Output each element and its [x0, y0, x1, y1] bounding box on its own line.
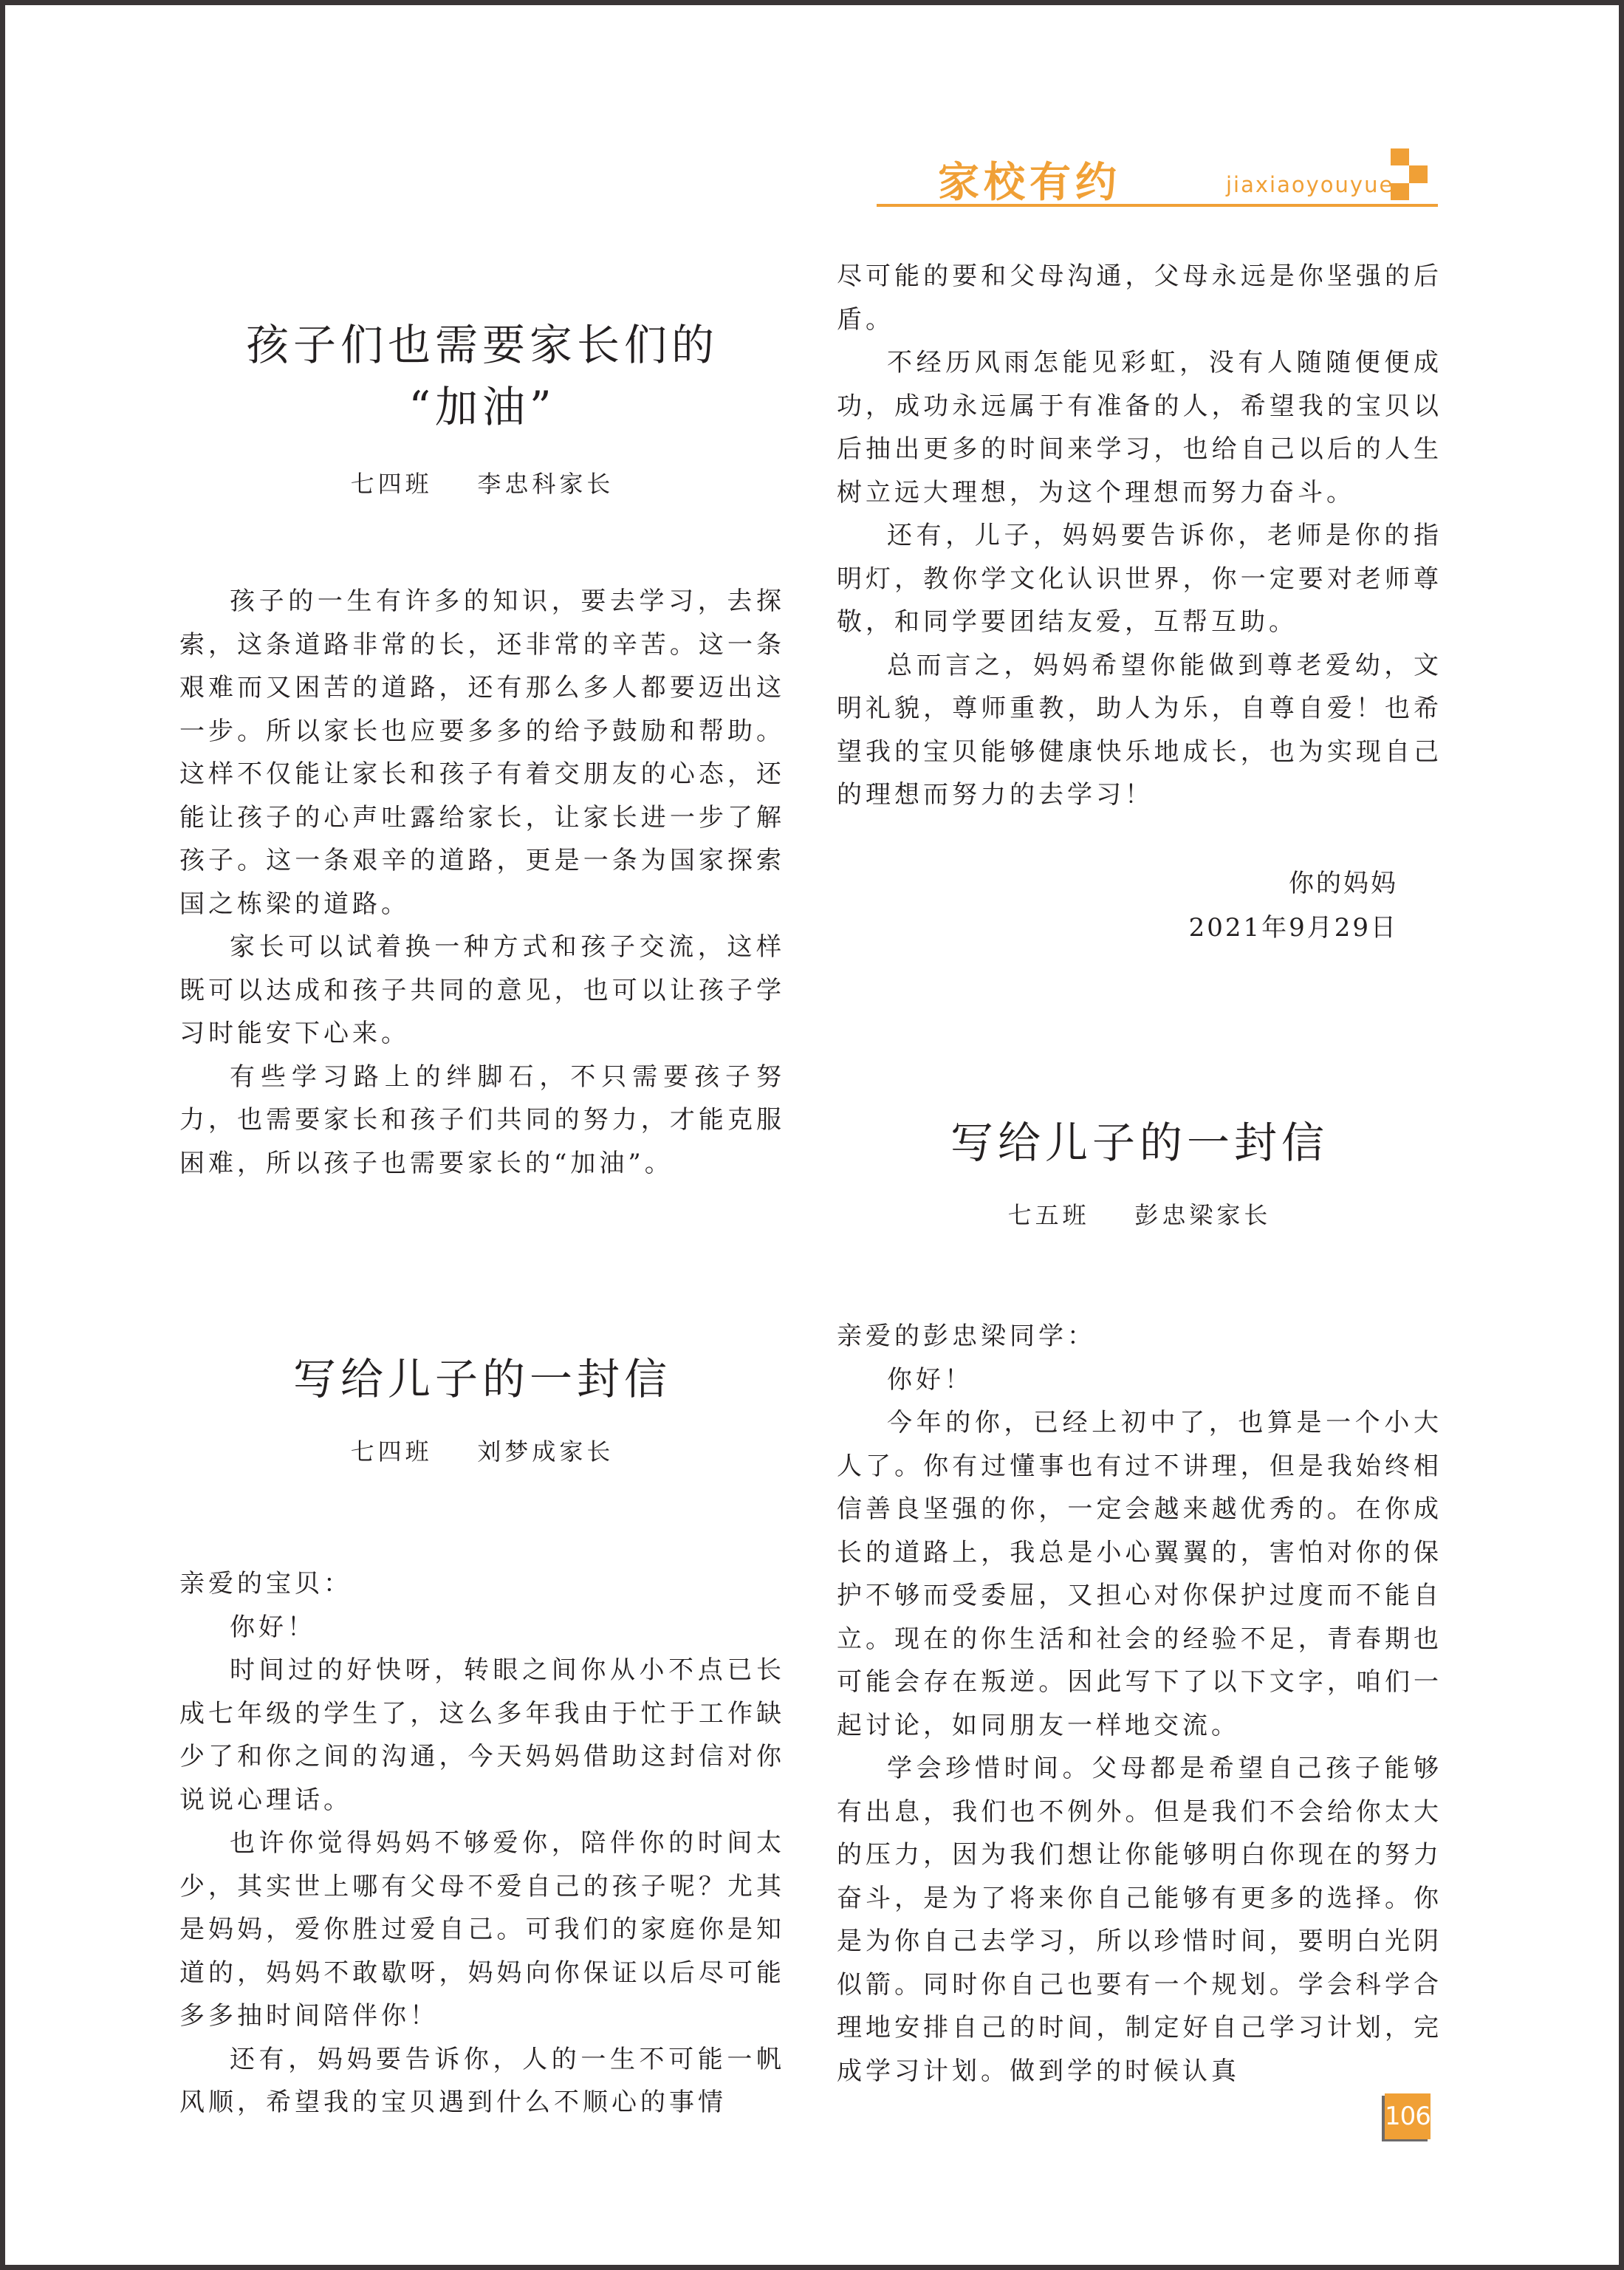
article-title: 孩子们也需要家长们的 “加油” [179, 314, 785, 438]
signoff: 你的妈妈 2021年9月29日 [837, 861, 1442, 950]
article-letter-to-son-1: 写给儿子的一封信 七四班 刘梦成家长 亲爱的宝贝： 你好！ 时间过的好快呀，转眼… [179, 1348, 785, 2124]
article-byline: 七四班 刘梦成家长 [179, 1437, 785, 1466]
section-title: 家校有约 [938, 161, 1121, 205]
signature: 你的妈妈 [837, 861, 1398, 906]
paragraph: 还有，儿子，妈妈要告诉你，老师是你的指明灯，教你学文化认识世界，你一定要对老师尊… [837, 514, 1442, 644]
decorative-block-icon [1409, 165, 1428, 183]
paragraph: 也许你觉得妈妈不够爱你，陪伴你的时间太少，其实世上哪有父母不爱自己的孩子呢？尤其… [179, 1822, 785, 2038]
date: 2021年9月29日 [837, 906, 1398, 950]
article-title-line: “加油” [179, 376, 785, 438]
paragraph: 总而言之，妈妈希望你能做到尊老爱幼，文明礼貌，尊师重教，助人为乐，自尊自爱！也希… [837, 644, 1442, 817]
paragraph: 有些学习路上的绊脚石，不只需要孩子努力，也需要家长和孩子们共同的努力，才能克服困… [179, 1056, 785, 1186]
decorative-block-icon [1391, 183, 1409, 200]
greeting: 你好！ [837, 1358, 1442, 1402]
greeting: 你好！ [179, 1606, 785, 1649]
article-cheer-on: 孩子们也需要家长们的 “加油” 七四班 李忠科家长 孩子的一生有许多的知识，要去… [179, 314, 785, 1185]
article-title: 写给儿子的一封信 [179, 1348, 785, 1410]
paragraph: 尽可能的要和父母沟通，父母永远是你坚强的后盾。 [837, 255, 1442, 341]
decorative-block-icon [1391, 148, 1409, 165]
article-byline: 七四班 李忠科家长 [179, 469, 785, 499]
page-number: 106 [1385, 2093, 1431, 2139]
paragraph: 家长可以试着换一种方式和孩子交流，这样既可以达成和孩子共同的意见，也可以让孩子学… [179, 926, 785, 1056]
salutation: 亲爱的宝贝： [179, 1562, 785, 1606]
article-body: 亲爱的宝贝： 你好！ 时间过的好快呀，转眼之间你从小不点已长成七年级的学生了，这… [179, 1562, 785, 2124]
section-pinyin: jiaxiaoyouyue [1226, 170, 1394, 199]
header-rule [877, 204, 1438, 207]
paragraph: 时间过的好快呀，转眼之间你从小不点已长成七年级的学生了，这么多年我由于忙于工作缺… [179, 1649, 785, 1822]
article-title-line: 孩子们也需要家长们的 [179, 314, 785, 376]
article-byline: 七五班 彭忠梁家长 [837, 1200, 1442, 1230]
article-body: 孩子的一生有许多的知识，要去学习，去探索，这条道路非常的长，还非常的辛苦。这一条… [179, 580, 785, 1185]
article-title: 写给儿子的一封信 [837, 1112, 1442, 1174]
article-body: 亲爱的彭忠梁同学： 你好！ 今年的你，已经上初中了，也算是一个小大人了。你有过懂… [837, 1315, 1442, 2093]
paragraph: 还有，妈妈要告诉你，人的一生不可能一帆风顺，希望我的宝贝遇到什么不顺心的事情 [179, 2038, 785, 2124]
paragraph: 学会珍惜时间。父母都是希望自己孩子能够有出息，我们也不例外。但是我们不会给你太大… [837, 1747, 1442, 2093]
salutation: 亲爱的彭忠梁同学： [837, 1315, 1442, 1358]
article-letter-to-son-2: 写给儿子的一封信 七五班 彭忠梁家长 亲爱的彭忠梁同学： 你好！ 今年的你，已经… [837, 1112, 1442, 2093]
article-letter-to-son-1-continued: 尽可能的要和父母沟通，父母永远是你坚强的后盾。 不经历风雨怎能见彩虹，没有人随随… [837, 255, 1442, 950]
paragraph: 今年的你，已经上初中了，也算是一个小大人了。你有过懂事也有过不讲理，但是我始终相… [837, 1401, 1442, 1747]
paragraph: 不经历风雨怎能见彩虹，没有人随随便便成功，成功永远属于有准备的人，希望我的宝贝以… [837, 341, 1442, 514]
paragraph: 孩子的一生有许多的知识，要去学习，去探索，这条道路非常的长，还非常的辛苦。这一条… [179, 580, 785, 926]
